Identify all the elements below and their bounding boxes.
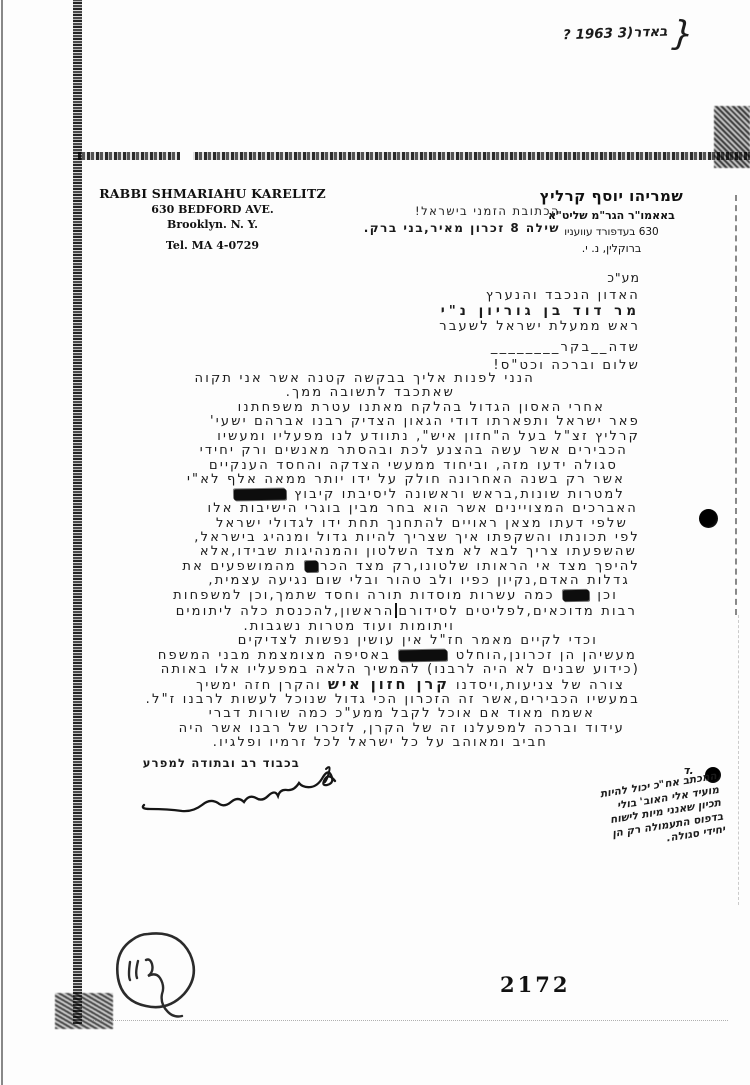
archive-date-text: ? 1963 באדר(3 [563,24,668,44]
body-text: קרליץ זצ"ל בעל ה"חזון איש", נתוודע לנו מ… [217,429,640,444]
page-number-stamp: 2172 [500,972,570,997]
recipient-title: האדון הנכבד והנערץ [439,288,640,304]
body-lines: הנני לפנות אליך בבקשה קטנה אשר אני תקוהש… [115,372,640,751]
ink-blot [234,488,286,500]
body-text: וכדי לקיים מאמר חז"ל אין עושין נפשות לצד… [238,633,598,648]
body-text: במעשיו הכבירים,אשר זה הזכרון הכי גדול שנ… [146,692,640,707]
page-top-edge-gap [180,151,193,161]
body-line: (כידוע שבנים לא היה לרבנו) להמשיך הלאה ב… [115,663,640,677]
body-text: (כידוע שבנים לא היה לרבנו) להמשיך הלאה ב… [161,662,640,677]
body-text: פאר ישראל ותפארתו דודי הגאון הצדיק רבנו … [210,414,640,429]
handwritten-note: המכתב אח"כ יכול להיותמועיד אלי האוב' בול… [560,770,727,861]
rabbi-name-english: RABBI SHMARIAHU KARELITZ [95,186,330,201]
body-text: באסיפה מצומצמת מבני המשפח [158,648,398,663]
right-dashed-edge-faint [738,615,739,905]
recipient-location: שדה__בקר________ [491,340,640,355]
scanned-letter-page: ? 1963 באדר(3} RABBI SHMARIAHU KARELITZ … [0,0,750,1085]
body-line: למטרות שונות,בראש וראשונה ליסיבתו קיבוץ [115,488,640,502]
body-line: רבות מדוכאים,לפליטים לסידורםהראשון,להכנס… [115,603,640,619]
body-line: להיפך מצד אי הראותו שלטונו,רק מצד הכר מה… [115,560,640,574]
body-text: אחרי האסון הגדול בהלקח מאתנו עטרת משפחתנ… [238,400,605,415]
body-line: ויתומות ועוד מטרות נשגבות. [115,620,640,634]
phone-number: Tel. MA 4-0729 [95,239,330,252]
body-text: עידוד וברכה למפעלנו זה של הקרן, לזכרו של… [179,721,625,736]
body-text: גדלות האדם,נקיון כפיו ולב טהור ובלי שום … [208,573,630,588]
body-line: עידוד וברכה למפעלנו זה של הקרן, לזכרו של… [115,722,640,736]
recipient-role: ראש ממעלת ישראל לשעבר [439,319,640,335]
recipient-block: האדון הנכבד והנערץ מר דוד בן גוריון נ"י … [439,288,640,335]
body-line: וכדי לקיים מאמר חז"ל אין עושין נפשות לצד… [115,634,640,648]
body-text: מהמושפעים את [182,559,303,574]
body-line: הנני לפנות אליך בבקשה קטנה אשר אני תקוה [115,372,640,386]
body-line: קרליץ זצ"ל בעל ה"חזון איש", נתוודע לנו מ… [115,430,640,444]
page-top-edge-speckle [78,152,750,160]
body-line: לפי תכונתו והשקפתו איך שצריך להיות גדול … [115,531,640,545]
ink-blot [305,561,318,572]
body-line: וכן כמה עשרות מוסדות תורה וחסד שתמך,וכן … [115,589,640,603]
body-text: רבות מדוכאים,לפליטים לסידורם [398,604,637,619]
body-text: שלפי דעתו מצאן ראויים להתחנך תחת ידו לגד… [216,516,628,531]
body-text: צורה של צניעות,ויסדנו [456,678,625,693]
body-text: שאתכבד לתשובה ממך. [286,385,455,400]
body-text: מעשיהן הן זכרונן,הוחלט [449,648,637,663]
body-line: הכבירים אשר עשה בהצנע לכת ובהסתר מאנשים … [115,444,640,458]
city-address: Brooklyn. N. Y. [95,218,330,231]
body-text: אשמח מאוד אם אוכל לקבל ממע"כ כמה שורות ד… [209,706,595,721]
recipient-name: מר דוד בן גוריון נ"י [439,304,640,320]
honorific-abbr: מע"כ [607,270,640,285]
body-text: האברכים המצויינים אשר הוא בחר מבין בוגרי… [207,501,638,516]
body-text: הנני לפנות אליך בבקשה קטנה אשר אני תקוה [195,371,535,386]
body-line: שהשפעתו צריך לבא לא מצד השלטון והמנהיגות… [115,545,640,559]
street-address: 630 BEDFORD AVE. [95,203,330,216]
body-text: הראשון,להכנסת כלה ליתומים [176,604,395,619]
body-line: חביב ומאוהב על כל ישראל לכל זרמיו ופלגיו… [115,736,640,750]
bracket-mark: } [670,13,694,54]
body-text: למטרות שונות,בראש וראשונה ליסיבתו קיבוץ [288,487,625,502]
scan-edge-line [1,0,3,1085]
body-text: להיפך מצד אי הראותו שלטונו,רק מצד הכר [320,559,640,574]
ink-blot [399,649,447,661]
body-line: אשר רק בשנה האחרונה חולק על ידו יותר ממא… [115,473,640,487]
body-text: לפי תכונתו והשקפתו איך שצריך להיות גדול … [194,530,640,545]
punch-hole-upper [699,509,718,528]
body-line: אחרי האסון הגדול בהלקח מאתנו עטרת משפחתנ… [115,401,640,415]
body-line: שאתכבד לתשובה ממך. [115,386,640,400]
body-line: סגולה ידעו מזה, וביחוד ממעשי הצדקה והחסד… [115,459,640,473]
fund-name-emphasis: קרן חזון איש [328,677,450,693]
round-stamp [88,928,213,1040]
body-text: והקרן חזה ימשיך [196,678,322,693]
body-line: האברכים המצויינים אשר הוא בחר מבין בוגרי… [115,502,640,516]
letterhead-hebrew: שמריהו יוסף קרליץ באאמו"ר הגר"מ שליט"א 6… [509,187,714,255]
city-hebrew: ברוקלין, נ. י. [509,242,714,255]
right-dashed-edge [735,195,737,615]
body-text: ויתומות ועוד מטרות נשגבות. [243,619,455,634]
body-text: וכן [591,588,618,603]
letterhead-english: RABBI SHMARIAHU KARELITZ 630 BEDFORD AVE… [95,186,330,252]
body-text: אשר רק בשנה האחרונה חולק על ידו יותר ממא… [187,472,625,487]
body-line: שלפי דעתו מצאן ראויים להתחנך תחת ידו לגד… [115,517,640,531]
body-text: הכבירים אשר עשה בהצנע לכת ובהסתר מאנשים … [200,443,628,458]
body-text: סגולה ידעו מזה, וביחוד ממעשי הצדקה והחסד… [209,458,618,473]
top-right-corner-blot [714,106,750,168]
body-text: שהשפעתו צריך לבא לא מצד השלטון והמנהיגות… [200,544,637,559]
address-yiddish: 630 בעדפורד עוועניו [509,226,714,238]
body-line: מעשיהן הן זכרונן,הוחלט באסיפה מצומצמת מב… [115,649,640,663]
archive-pencil-note: ? 1963 באדר(3} [562,14,693,59]
lineage-line: באאמו"ר הגר"מ שליט"א [509,209,714,222]
body-text: כמה עשרות מוסדות תורה וחסד שתמך,וכן למשפ… [173,588,561,603]
body-line: צורה של צניעות,ויסדנוקרן חזון אישוהקרן ח… [115,678,640,693]
body-text: חביב ומאוהב על כל ישראל לכל זרמיו ופלגיו… [213,735,548,750]
signature-scribble [130,763,345,813]
body-line: אשמח מאוד אם אוכל לקבל ממע"כ כמה שורות ד… [115,707,640,721]
body-line: גדלות האדם,נקיון כפיו ולב טהור ובלי שום … [115,574,640,588]
body-line: פאר ישראל ותפארתו דודי הגאון הצדיק רבנו … [115,415,640,429]
body-line: במעשיו הכבירים,אשר זה הזכרון הכי גדול שנ… [115,693,640,707]
ink-blot [563,590,589,601]
rabbi-name-hebrew: שמריהו יוסף קרליץ [509,187,714,205]
